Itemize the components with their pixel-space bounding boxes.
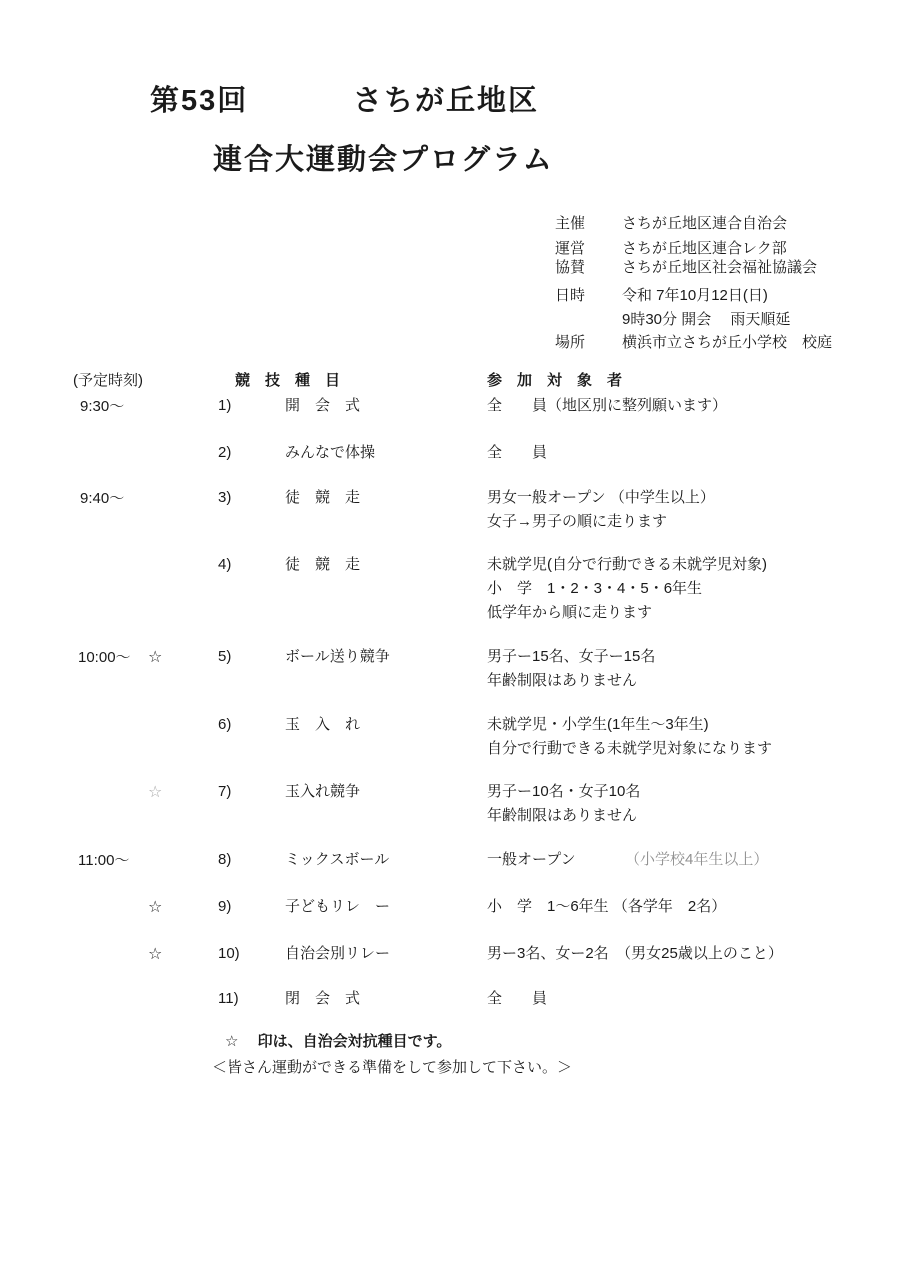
footer-preparation-note: ＜皆さん運動ができる準備をして参加して下さい。＞ bbox=[212, 1059, 572, 1077]
row-participant: 小 学 1～6年生 （各学年 2名） bbox=[487, 898, 726, 916]
header-participants: 参 加 対 象 者 bbox=[487, 372, 622, 390]
row-participant: 年齢制限はありません bbox=[487, 807, 637, 825]
row-event: 子どもリレ ー bbox=[285, 898, 390, 916]
header-event: 競 技 種 目 bbox=[235, 372, 340, 390]
row-participant: 全 員 bbox=[487, 444, 547, 462]
info-label-organizer: 主催 bbox=[555, 215, 585, 233]
info-label-datetime: 日時 bbox=[555, 287, 585, 305]
info-value-start-time: 9時30分 開会 雨天順延 bbox=[622, 311, 790, 329]
row-participant: 男ー3名、女ー2名 （男女25歳以上のこと） bbox=[487, 945, 783, 963]
row-event: ミックスボール bbox=[285, 851, 389, 869]
row-number: 5) bbox=[218, 648, 231, 666]
info-value-place: 横浜市立さちが丘小学校 校庭 bbox=[622, 334, 832, 352]
row-participant: 男子ー10名・女子10名 bbox=[487, 783, 640, 801]
row-event: ボール送り競争 bbox=[285, 648, 390, 666]
row-number: 8) bbox=[218, 851, 231, 869]
row-participant: 未就学児・小学生(1年生～3年生) bbox=[487, 716, 709, 734]
info-value-organizer: さちが丘地区連合自治会 bbox=[622, 215, 787, 233]
info-value-sponsor: さちが丘地区社会福祉協議会 bbox=[622, 259, 817, 277]
title-program-name: 連合大運動会プログラム bbox=[213, 143, 554, 178]
row-participant: 全 員（地区別に整列願います） bbox=[487, 397, 727, 415]
star-icon: ☆ bbox=[148, 945, 162, 964]
row-number: 3) bbox=[218, 489, 231, 507]
title-district: さちが丘地区 bbox=[353, 84, 539, 119]
row-event: 自治会別リレー bbox=[285, 945, 390, 963]
header-scheduled-time: (予定時刻) bbox=[73, 372, 143, 390]
info-value-datetime: 令和 7年10月12日(日) bbox=[622, 287, 768, 305]
row-participant: 全 員 bbox=[487, 990, 547, 1008]
row-participant: 年齢制限はありません bbox=[487, 672, 637, 690]
row-event: みんなで体操 bbox=[285, 444, 375, 462]
row-event: 玉入れ競争 bbox=[285, 783, 360, 801]
row-participant: 男子ー15名、女子ー15名 bbox=[487, 648, 655, 666]
row-participant: 小 学 1・2・3・4・5・6年生 bbox=[487, 580, 702, 598]
program-document: 第53回 さちが丘地区 連合大運動会プログラム 主催 さちが丘地区連合自治会 運… bbox=[0, 0, 905, 1280]
row-event: 閉 会 式 bbox=[285, 990, 360, 1008]
row-number: 1) bbox=[218, 397, 231, 415]
row-participant: 男女一般オープン （中学生以上） bbox=[487, 489, 715, 507]
row-participant: 未就学児(自分で行動できる未就学児対象) bbox=[487, 556, 767, 574]
row-participant: 女子→男子の順に走ります bbox=[487, 513, 667, 531]
star-icon-light: ☆ bbox=[148, 783, 162, 802]
row-time: 10:00～ bbox=[78, 649, 131, 667]
row-participant: 一般オープン bbox=[487, 851, 576, 869]
info-label-place: 場所 bbox=[555, 334, 585, 352]
row-participant: 自分で行動できる未就学児対象になります bbox=[487, 740, 772, 758]
row-number: 11) bbox=[218, 990, 239, 1008]
row-event: 玉 入 れ bbox=[285, 716, 360, 734]
row-number: 7) bbox=[218, 783, 231, 801]
footer-star-note: ☆ 印は、自治会対抗種目です。 bbox=[225, 1033, 451, 1051]
row-time: 11:00～ bbox=[78, 852, 129, 870]
row-time: 9:30～ bbox=[80, 398, 124, 416]
row-event: 徒 競 走 bbox=[285, 556, 360, 574]
row-number: 9) bbox=[218, 898, 231, 916]
row-event: 開 会 式 bbox=[285, 397, 360, 415]
star-icon: ☆ bbox=[148, 648, 162, 667]
row-number: 4) bbox=[218, 556, 231, 574]
info-label-sponsor: 協賛 bbox=[555, 259, 585, 277]
info-value-operation: さちが丘地区連合レク部 bbox=[622, 240, 787, 258]
star-icon: ☆ bbox=[148, 898, 162, 917]
row-time: 9:40～ bbox=[80, 490, 124, 508]
info-label-operation: 運営 bbox=[555, 240, 585, 258]
row-number: 6) bbox=[218, 716, 231, 734]
row-number: 2) bbox=[218, 444, 231, 462]
title-session-number: 第53回 bbox=[150, 84, 248, 119]
row-event: 徒 競 走 bbox=[285, 489, 360, 507]
row-number: 10) bbox=[218, 945, 240, 963]
row-participant: 低学年から順に走ります bbox=[487, 604, 652, 622]
row-participant-note: （小学校4年生以上） bbox=[625, 851, 768, 869]
